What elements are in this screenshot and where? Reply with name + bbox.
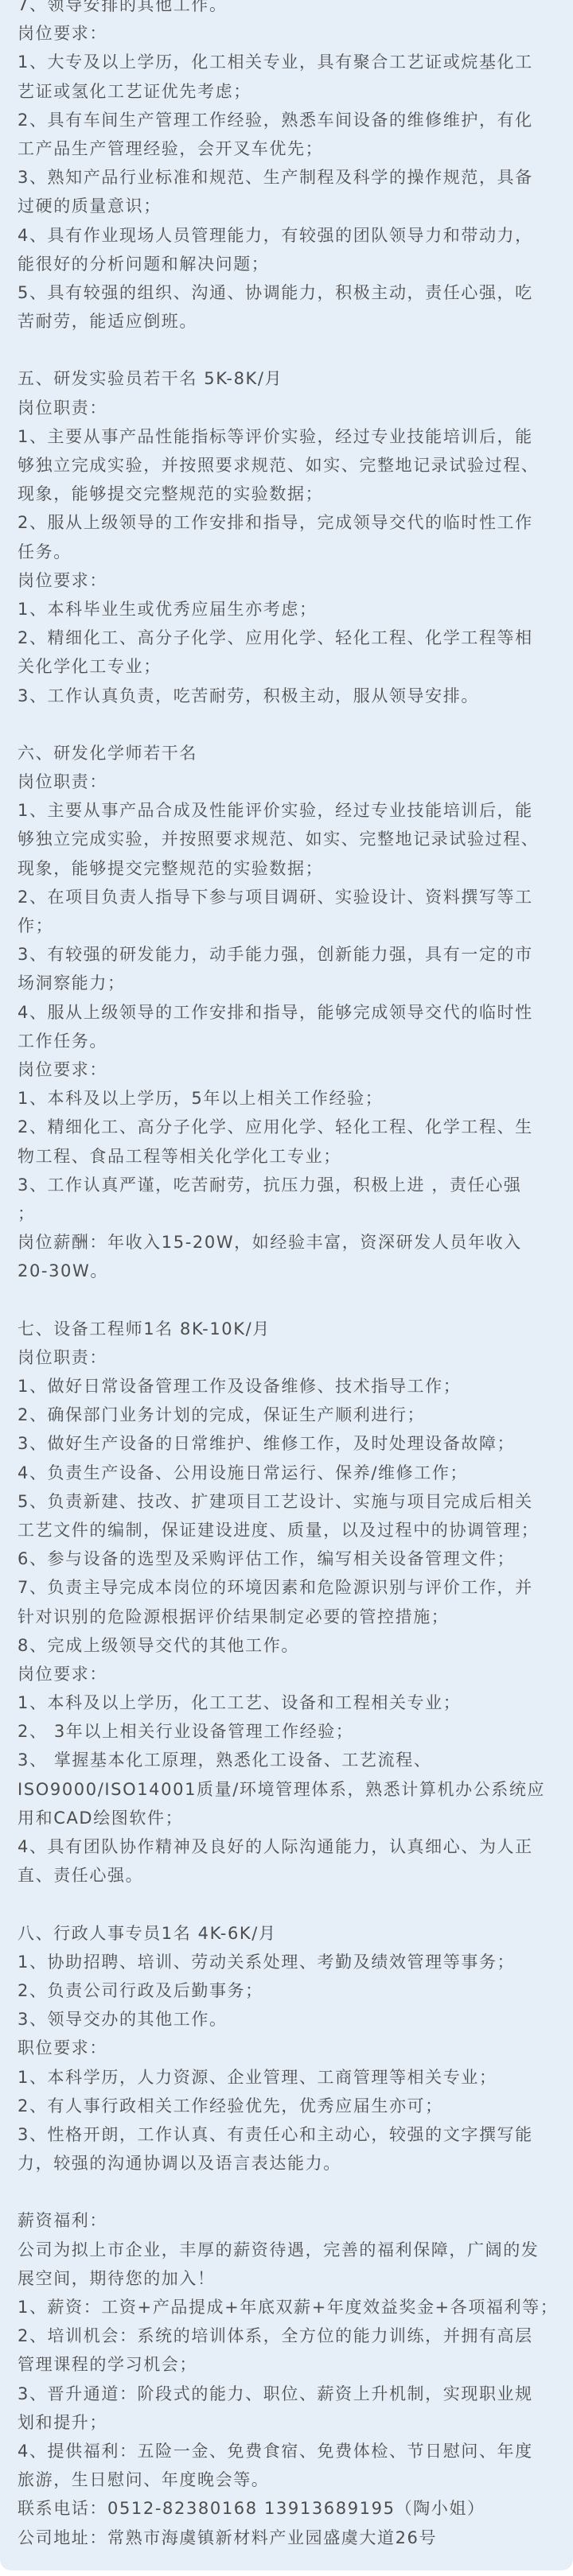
- text-line: 2、培训机会：系统的培训体系，全方位的能力训练，并拥有高层: [18, 2322, 559, 2350]
- text-line: 3、工作认真严谨，吃苦耐劳，抗压力强，积极上进 ，责任心强: [18, 1171, 559, 1199]
- text-line: 岗位要求：: [18, 566, 559, 595]
- text-line: 作；: [18, 911, 559, 940]
- text-line: 1、主要从事产品合成及性能评价实验，经过专业技能培训后，能: [18, 796, 559, 825]
- text-line: 3、领导交办的其他工作。: [18, 2005, 559, 2034]
- text-line: 物工程、食品工程等相关化学化工专业；: [18, 1142, 559, 1171]
- text-line: 4、负责生产设备、公用设施日常运行、保养/维修工作；: [18, 1459, 559, 1487]
- text-line: 岗位职责：: [18, 1343, 559, 1372]
- text-line: 管理课程的学习机会；: [18, 2350, 559, 2379]
- text-line: 3、 掌握基本化工原理，熟悉化工设备、工艺流程、: [18, 1746, 559, 1774]
- text-line: 公司为拟上市企业，丰厚的薪资待遇，完善的福利保障，广阔的发: [18, 2236, 559, 2264]
- text-line: 展空间，期待您的加入！: [18, 2264, 559, 2293]
- text-line: 2、 3年以上相关行业设备管理工作经验；: [18, 1717, 559, 1746]
- text-line: 1、薪资：工资+产品提成+年底双薪+年度效益奖金+各项福利等；: [18, 2293, 559, 2322]
- text-line: 5、负责新建、技改、扩建项目工艺设计、实施与项目完成后相关: [18, 1487, 559, 1516]
- text-line: 3、有较强的研发能力，动手能力强，创新能力强，具有一定的市: [18, 940, 559, 969]
- text-line: 2、精细化工、高分子化学、应用化学、轻化工程、化学工程、生: [18, 1113, 559, 1141]
- text-line: 1、本科及以上学历，化工工艺、设备和工程相关专业；: [18, 1688, 559, 1717]
- text-line: 1、协助招聘、培训、劳动关系处理、考勤及绩效管理等事务；: [18, 1948, 559, 1976]
- text-line: 6、参与设备的选型及采购评估工作，编写相关设备管理文件；: [18, 1544, 559, 1573]
- text-line: 划和提升；: [18, 2408, 559, 2437]
- text-line: 职位要求：: [18, 2034, 559, 2062]
- text-line: 艺证或氢化工艺证优先考虑；: [18, 77, 559, 106]
- text-line: 现象，能够提交完整规范的实验数据；: [18, 854, 559, 883]
- blank-line: [18, 2178, 559, 2206]
- text-line: 六、研发化学师若干名: [18, 739, 559, 767]
- text-line: 苦耐劳，能适应倒班。: [18, 307, 559, 336]
- text-line: 3、工作认真负责，吃苦耐劳，积极主动，服从领导安排。: [18, 682, 559, 710]
- text-line: 岗位薪酬：年收入15-20W，如经验丰富，资深研发人员年收入: [18, 1228, 559, 1257]
- text-line: 岗位要求：: [18, 19, 559, 48]
- blank-line: [18, 1890, 559, 1918]
- text-line: 7、领导安排的其他工作。: [18, 0, 559, 19]
- text-line: 2、在项目负责人指导下参与项目调研、实验设计、资料撰写等工: [18, 883, 559, 911]
- text-line: 岗位要求：: [18, 1055, 559, 1084]
- blank-line: [18, 710, 559, 739]
- text-line: 5、具有较强的组织、沟通、协调能力，积极主动，责任心强，吃: [18, 278, 559, 307]
- text-line: 2、有人事行政相关工作经验优先，优秀应届生亦可；: [18, 2092, 559, 2120]
- text-line: 2、精细化工、高分子化学、应用化学、轻化工程、化学工程等相: [18, 624, 559, 652]
- text-line: ；: [18, 1199, 559, 1228]
- text-line: 3、晋升通道：阶段式的能力、职位、薪资上升机制，实现职业规: [18, 2380, 559, 2408]
- text-line: 针对识别的危险源根据评价结果制定必要的管控措施；: [18, 1603, 559, 1631]
- text-line: 2、确保部门业务计划的完成，保证生产顺利进行；: [18, 1401, 559, 1429]
- text-line: 七、设备工程师1名 8K-10K/月: [18, 1315, 559, 1343]
- text-line: ISO9000/ISO14001质量/环境管理体系，熟悉计算机办公系统应: [18, 1775, 559, 1804]
- text-line: 公司地址：常熟市海虞镇新材料产业园盛虞大道26号: [18, 2524, 559, 2552]
- text-line: 场洞察能力；: [18, 969, 559, 997]
- text-line: 岗位职责：: [18, 767, 559, 796]
- text-line: 2、具有车间生产管理工作经验，熟悉车间设备的维修维护，有化: [18, 106, 559, 134]
- text-line: 工产品生产管理经验，会开叉车优先；: [18, 134, 559, 163]
- text-line: 岗位职责：: [18, 394, 559, 422]
- text-line: 用和CAD绘图软件；: [18, 1804, 559, 1832]
- text-line: 4、具有团队协作精神及良好的人际沟通能力，认真细心、为人正: [18, 1832, 559, 1861]
- text-line: 2、负责公司行政及后勤事务；: [18, 1976, 559, 2005]
- text-line: 过硬的质量意识；: [18, 192, 559, 220]
- text-line: 关化学化工专业；: [18, 652, 559, 681]
- text-line: 旅游，生日慰问、年度晚会等。: [18, 2465, 559, 2494]
- text-line: 3、做好生产设备的日常维护、维修工作，及时处理设备故障；: [18, 1429, 559, 1458]
- text-line: 3、性格开朗，工作认真、有责任心和主动心，较强的文字撰写能: [18, 2120, 559, 2149]
- text-line: 4、服从上级领导的工作安排和指导，能够完成领导交代的临时性: [18, 998, 559, 1027]
- blank-line: [18, 1285, 559, 1314]
- text-line: 直、责任心强。: [18, 1861, 559, 1890]
- text-line: 1、主要从事产品性能指标等评价实验，经过专业技能培训后，能: [18, 422, 559, 451]
- text-line: 够独立完成实验，并按照要求规范、如实、完整地记录试验过程、: [18, 451, 559, 480]
- job-posting-text: 7、领导安排的其他工作。岗位要求：1、大专及以上学历，化工相关专业，具有聚合工艺…: [18, 0, 559, 2552]
- text-line: 3、熟知产品行业标准和规范、生产制程及科学的操作规范，具备: [18, 163, 559, 192]
- text-line: 现象，能够提交完整规范的实验数据；: [18, 480, 559, 508]
- text-line: 薪资福利：: [18, 2206, 559, 2235]
- text-line: 工作任务。: [18, 1027, 559, 1055]
- text-line: 能很好的分析问题和解决问题；: [18, 250, 559, 278]
- text-line: 4、提供福利：五险一金、免费食宿、免费体检、节日慰问、年度: [18, 2437, 559, 2465]
- text-line: 任务。: [18, 538, 559, 566]
- text-line: 2、服从上级领导的工作安排和指导，完成领导交代的临时性工作: [18, 508, 559, 537]
- text-line: 力，较强的沟通协调以及语言表达能力。: [18, 2149, 559, 2178]
- text-line: 1、本科及以上学历，5年以上相关工作经验；: [18, 1084, 559, 1113]
- text-line: 4、具有作业现场人员管理能力，有较强的团队领导力和带动力，: [18, 221, 559, 250]
- text-line: 八、行政人事专员1名 4K-6K/月: [18, 1919, 559, 1948]
- text-line: 20-30W。: [18, 1257, 559, 1285]
- blank-line: [18, 336, 559, 364]
- text-line: 7、负责主导完成本岗位的环境因素和危险源识别与评价工作，并: [18, 1573, 559, 1602]
- text-line: 联系电话：0512-82380168 13913689195（陶小姐）: [18, 2494, 559, 2523]
- text-line: 够独立完成实验，并按照要求规范、如实、完整地记录试验过程、: [18, 825, 559, 853]
- text-line: 岗位要求：: [18, 1660, 559, 1688]
- text-line: 1、本科毕业生或优秀应届生亦考虑；: [18, 595, 559, 624]
- text-line: 五、研发实验员若干名 5K-8K/月: [18, 364, 559, 393]
- text-line: 1、大专及以上学历，化工相关专业，具有聚合工艺证或烷基化工: [18, 48, 559, 76]
- text-line: 1、本科学历，人力资源、企业管理、工商管理等相关专业；: [18, 2063, 559, 2092]
- text-line: 8、完成上级领导交代的其他工作。: [18, 1631, 559, 1660]
- text-line: 工艺文件的编制，保证建设进度、质量，以及过程中的协调管理；: [18, 1516, 559, 1544]
- text-line: 1、做好日常设备管理工作及设备维修、技术指导工作；: [18, 1372, 559, 1401]
